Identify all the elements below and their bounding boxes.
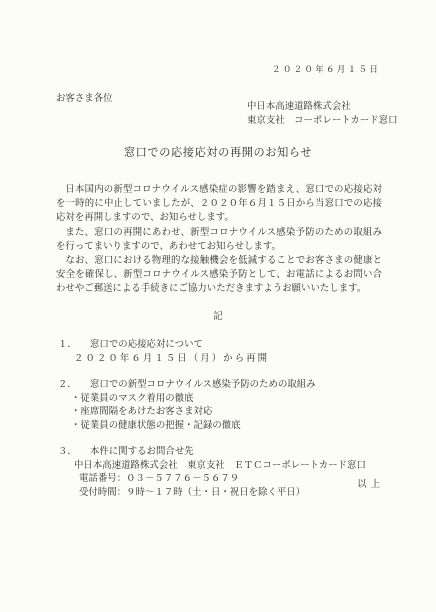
item-contact: ３．本件に関するお問合せ先 中日本高速道路株式会社 東京支社 ＥＴＣコーポレート… <box>58 445 366 499</box>
body-paragraph: また、窓口の再開にあわせ、新型コロナウイルス感染予防のための取組みを行ってまいり… <box>56 226 382 254</box>
bullet-item: ・従業員の健康状態の把握・記録の徹底 <box>58 419 366 433</box>
contact-hours: 受付時間：９時～１７時（土・日・祝日を除く平日） <box>58 486 366 500</box>
sender-block: 中日本高速道路株式会社 東京支社 コーポレートカード窓口 <box>247 100 398 127</box>
item-number: １． <box>58 338 90 352</box>
bullet-item: ・従業員のマスク着用の徹底 <box>58 392 366 406</box>
document-date: ２０２０年６月１５日 <box>272 64 380 77</box>
item-line: ２０２０年６月１５日（月）から再開 <box>58 352 366 366</box>
item-number: ３． <box>58 445 90 459</box>
addressee: お客さま各位 <box>56 92 113 105</box>
item-reopening: １．窓口での応接応対について ２０２０年６月１５日（月）から再開 <box>58 338 366 365</box>
bullet-item: ・座席間隔をあけたお客さま対応 <box>58 405 366 419</box>
body-paragraph: 日本国内の新型コロナウイルス感染症の影響を踏まえ、窓口での応接応対を一時的に中止… <box>56 183 382 226</box>
item-heading: 窓口での応接応対について <box>90 339 203 350</box>
sender-company: 中日本高速道路株式会社 <box>247 100 398 114</box>
item-number: ２． <box>58 378 90 392</box>
item-heading: 本件に関するお問合せ先 <box>90 446 194 457</box>
contact-organization: 中日本高速道路株式会社 東京支社 ＥＴＣコーポレートカード窓口 <box>58 459 366 473</box>
items-list: １．窓口での応接応対について ２０２０年６月１５日（月）から再開 ２．窓口での新… <box>58 338 366 512</box>
notice-document: ２０２０年６月１５日 お客さま各位 中日本高速道路株式会社 東京支社 コーポレー… <box>0 0 436 612</box>
item-heading: 窓口での新型コロナウイルス感染予防のための取組み <box>90 379 316 390</box>
body-text: 日本国内の新型コロナウイルス感染症の影響を踏まえ、窓口での応接応対を一時的に中止… <box>56 183 382 297</box>
document-title: 窓口での応接応対の再開のお知らせ <box>0 146 436 159</box>
contact-phone: 電話番号：０３－５７７６－５６７９ <box>58 472 366 486</box>
item-prevention-measures: ２．窓口での新型コロナウイルス感染予防のための取組み ・従業員のマスク着用の徹底… <box>58 378 366 432</box>
ki-heading: 記 <box>0 310 436 323</box>
sender-branch: 東京支社 コーポレートカード窓口 <box>247 114 398 128</box>
body-paragraph: なお、窓口における物理的な接触機会を低減することでお客さまの健康と安全を確保し、… <box>56 254 382 297</box>
closing-remark: 以上 <box>357 478 384 491</box>
